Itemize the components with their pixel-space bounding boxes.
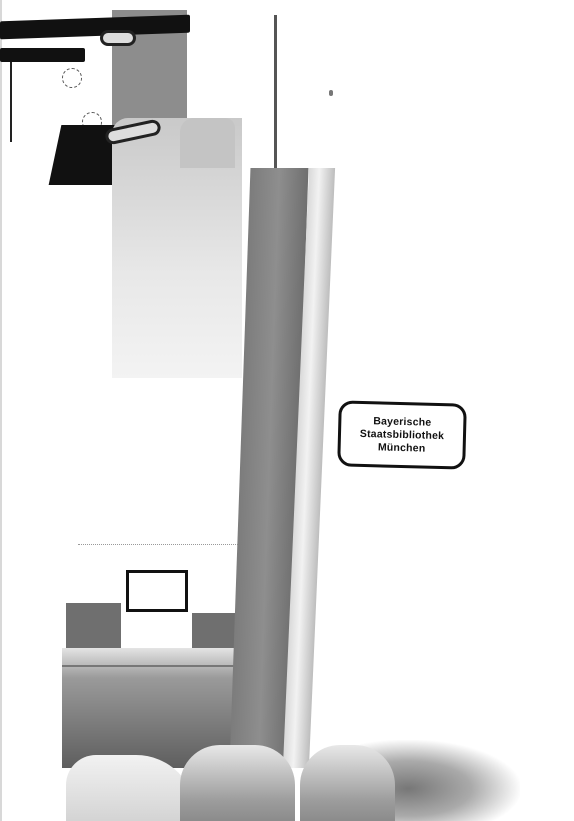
clamp-screw-hole xyxy=(62,68,82,88)
clamp-bar-lower xyxy=(0,48,85,62)
calibration-square xyxy=(66,603,121,648)
thumb xyxy=(300,745,395,821)
page-tab xyxy=(180,118,235,168)
library-stamp: Bayerische Staatsbibliothek München xyxy=(337,400,467,469)
paper-speck xyxy=(329,90,333,96)
scan-edge xyxy=(0,0,2,821)
calibration-frame xyxy=(126,570,188,612)
stamp-line-3: München xyxy=(378,441,426,455)
stamp-line-2: Staatsbibliothek xyxy=(360,427,445,442)
page-edge-line xyxy=(274,15,277,175)
finger xyxy=(180,745,295,821)
clip-loop xyxy=(100,30,136,46)
